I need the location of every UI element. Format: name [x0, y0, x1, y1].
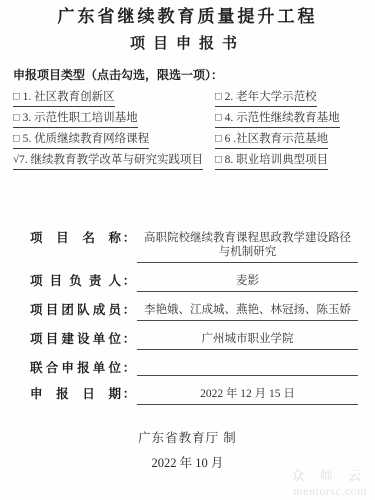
- checkbox-icon: □: [13, 91, 20, 103]
- field-row-project-name: 项目名称 ： 高职院校继续教育课程思政教学建设路径与机制研究: [30, 231, 358, 263]
- project-type-heading: 申报项目类型（点击勾选，限选一项）：: [13, 66, 223, 83]
- checkbox-icon: □: [215, 91, 222, 103]
- option-cell: □4. 示范性继续教育基地: [215, 108, 367, 120]
- joint-application-unit-value: [137, 361, 358, 376]
- team-members-value: 李艳娥、江成城、燕艳、林冠扬、陈玉娇: [137, 303, 358, 321]
- field-colon: ：: [121, 332, 137, 347]
- document-title: 广东省继续教育质量提升工程 项目申报书: [0, 6, 375, 53]
- option-6-community-education-model-base[interactable]: □6 .社区教育示范基地: [215, 130, 328, 149]
- checkbox-icon: □: [13, 133, 20, 145]
- option-label: 4. 示范性继续教育基地: [225, 112, 340, 124]
- option-cell: □2. 老年大学示范校: [215, 87, 367, 99]
- option-1-community-education-innovation[interactable]: □1. 社区教育创新区: [13, 88, 115, 107]
- field-row-team-members: 项目团队成员 ： 李艳娥、江成城、燕艳、林冠扬、陈玉娇: [30, 303, 358, 321]
- project-type-options: □1. 社区教育创新区 □2. 老年大学示范校 □3. 示范性职工培训基地 □4…: [13, 87, 367, 162]
- option-cell: □6 .社区教育示范基地: [215, 129, 367, 141]
- checkbox-icon: □: [215, 112, 222, 124]
- field-label: 项目名称: [30, 231, 121, 246]
- option-cell: □5. 优质继续教育网络课程: [13, 129, 215, 141]
- field-row-construction-unit: 项目建设单位 ： 广州城市职业学院: [30, 332, 358, 350]
- application-date-value: 2022 年 12 月 15 日: [137, 387, 358, 405]
- title-line-2: 项目申报书: [0, 32, 375, 53]
- checkbox-icon: □: [13, 112, 20, 124]
- option-label: 8. 职业培训典型项目: [225, 154, 329, 166]
- checkbox-icon: □: [215, 133, 222, 145]
- option-cell: □8. 职业培训典型项目: [215, 150, 367, 162]
- option-label: 6 .社区教育示范基地: [225, 133, 329, 145]
- option-cell: □3. 示范性职工培训基地: [13, 108, 215, 120]
- option-4-continuing-education-base[interactable]: □4. 示范性继续教育基地: [215, 109, 340, 128]
- option-label: 2. 老年大学示范校: [225, 91, 317, 103]
- construction-unit-value: 广州城市职业学院: [137, 332, 358, 350]
- field-colon: ：: [121, 231, 137, 246]
- project-name-value: 高职院校继续教育课程思政教学建设路径与机制研究: [137, 231, 358, 263]
- project-leader-value: 麦影: [137, 274, 358, 292]
- watermark-site-text: mentorsc.com: [291, 484, 367, 499]
- field-row-joint-application-unit: 联合申报单位 ：: [30, 361, 358, 376]
- option-label: 1. 社区教育创新区: [23, 91, 115, 103]
- field-colon: ：: [121, 274, 137, 289]
- checkbox-icon: □: [215, 154, 222, 166]
- field-label: 联合申报单位: [30, 361, 121, 376]
- option-label: 7. 继续教育教学改革与研究实践项目: [19, 154, 203, 166]
- field-colon: ：: [121, 387, 137, 402]
- option-7-teaching-reform-research-selected[interactable]: √7. 继续教育教学改革与研究实践项目: [13, 151, 203, 170]
- field-row-application-date: 申报日期 ： 2022 年 12 月 15 日: [30, 387, 358, 405]
- issuer-line: 广东省教育厅 制: [0, 428, 375, 446]
- application-form-page: 广东省继续教育质量提升工程 项目申报书 申报项目类型（点击勾选，限选一项）： □…: [0, 0, 375, 500]
- option-8-vocational-training-project[interactable]: □8. 职业培训典型项目: [215, 151, 328, 170]
- watermark: 众 师 云 mentorsc.com: [291, 465, 367, 499]
- option-label: 5. 优质继续教育网络课程: [23, 133, 150, 145]
- title-line-1: 广东省继续教育质量提升工程: [0, 6, 375, 29]
- field-label: 项目建设单位: [30, 332, 121, 347]
- field-label: 申报日期: [30, 387, 121, 402]
- field-row-project-leader: 项目负责人 ： 麦影: [30, 274, 358, 292]
- checkmark-icon: √: [13, 154, 19, 166]
- field-label: 项目团队成员: [30, 303, 121, 318]
- form-fields: 项目名称 ： 高职院校继续教育课程思政教学建设路径与机制研究 项目负责人 ： 麦…: [30, 231, 358, 416]
- field-label: 项目负责人: [30, 274, 121, 289]
- option-label: 3. 示范性职工培训基地: [23, 112, 138, 124]
- field-colon: ：: [121, 303, 137, 318]
- watermark-brand-text: 众 师 云: [291, 465, 367, 484]
- option-2-senior-university-model[interactable]: □2. 老年大学示范校: [215, 88, 317, 107]
- option-3-staff-training-base[interactable]: □3. 示范性职工培训基地: [13, 109, 138, 128]
- option-cell: □1. 社区教育创新区: [13, 87, 215, 99]
- field-colon: ：: [121, 361, 137, 376]
- option-5-online-course[interactable]: □5. 优质继续教育网络课程: [13, 130, 149, 149]
- option-cell: √7. 继续教育教学改革与研究实践项目: [13, 150, 215, 162]
